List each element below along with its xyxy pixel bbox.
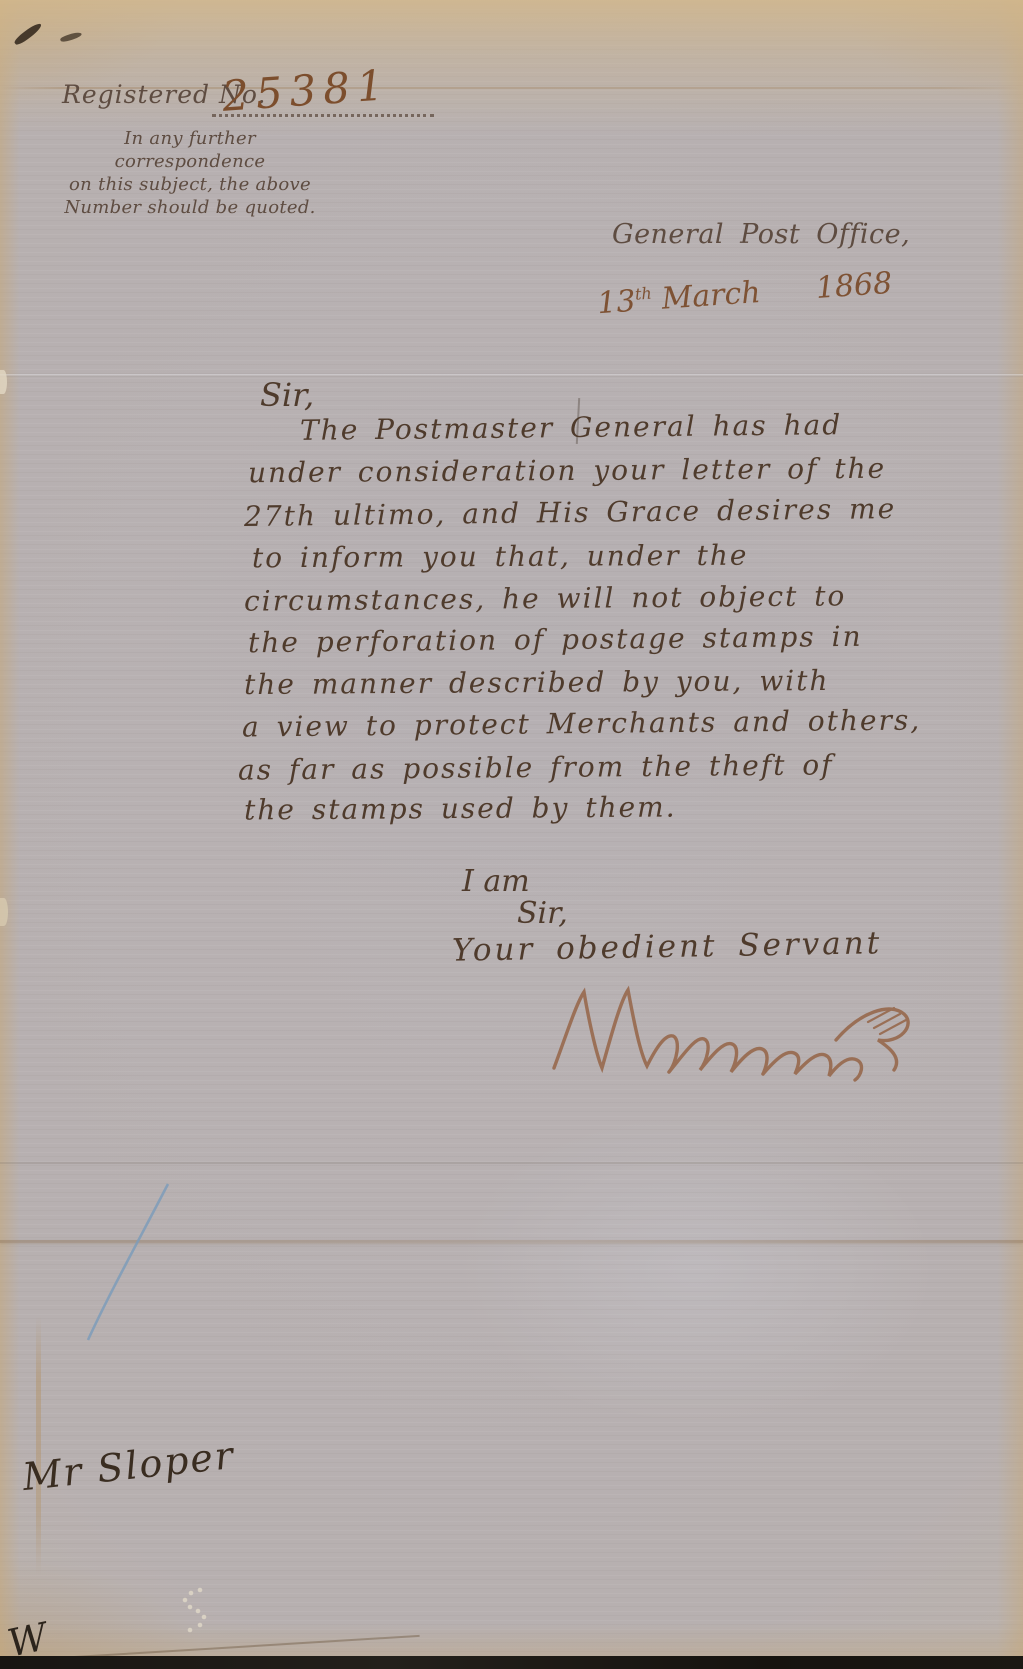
paper-tear <box>13 21 43 47</box>
body-line: under consideration your letter of the <box>248 452 886 489</box>
body-line: a view to protect Merchants and others, <box>242 703 921 743</box>
signature <box>538 978 928 1086</box>
closing-line: Sir, <box>517 896 568 931</box>
pencil-mark <box>0 0 1023 1669</box>
correspondence-note: In any further correspondence on this su… <box>52 127 328 219</box>
letterhead: General Post Office, <box>612 219 910 250</box>
letter-page: Registered No. 25381 In any further corr… <box>0 0 1023 1669</box>
paper-chip <box>0 370 7 394</box>
date-year: 1868 <box>815 266 894 306</box>
closing-line: Your obedient Servant <box>452 925 883 969</box>
fold-crease <box>0 374 1023 377</box>
body-line: as far as possible from the theft of <box>238 748 834 786</box>
body-line: The Postmaster General has had <box>300 408 843 447</box>
stain-streak <box>36 1315 41 1575</box>
paper-tear <box>60 31 83 44</box>
paper-chip <box>0 898 8 926</box>
body-line: circumstances, he will not object to <box>244 579 847 617</box>
correspondence-note-line: Number should be quoted. <box>52 196 328 219</box>
scan-edge <box>0 1656 1023 1669</box>
fold-crease <box>0 1162 1023 1164</box>
date-line: 13th March 1868 <box>596 266 893 322</box>
body-line: the stamps used by them. <box>244 790 677 826</box>
perforation-mark <box>178 1585 218 1637</box>
date-month: March <box>660 275 761 317</box>
body-line: 27th ultimo, and His Grace desires me <box>244 492 897 533</box>
date-suffix: th <box>634 284 652 304</box>
paper-edge-toning <box>0 0 1023 1669</box>
addressee: Mr Sloper <box>20 1433 237 1499</box>
body-line: to inform you that, under the <box>252 539 749 575</box>
correspondence-note-line: In any further correspondence <box>52 127 328 173</box>
salutation: Sir, <box>260 376 314 414</box>
fold-crease <box>0 1240 1023 1243</box>
body-line: the manner described by you, with <box>244 664 830 701</box>
closing-line: I am <box>462 864 530 899</box>
correspondence-note-line: on this subject, the above <box>52 173 328 196</box>
date-day: 13 <box>596 284 637 322</box>
body-line: the perforation of postage stamps in <box>248 620 863 659</box>
